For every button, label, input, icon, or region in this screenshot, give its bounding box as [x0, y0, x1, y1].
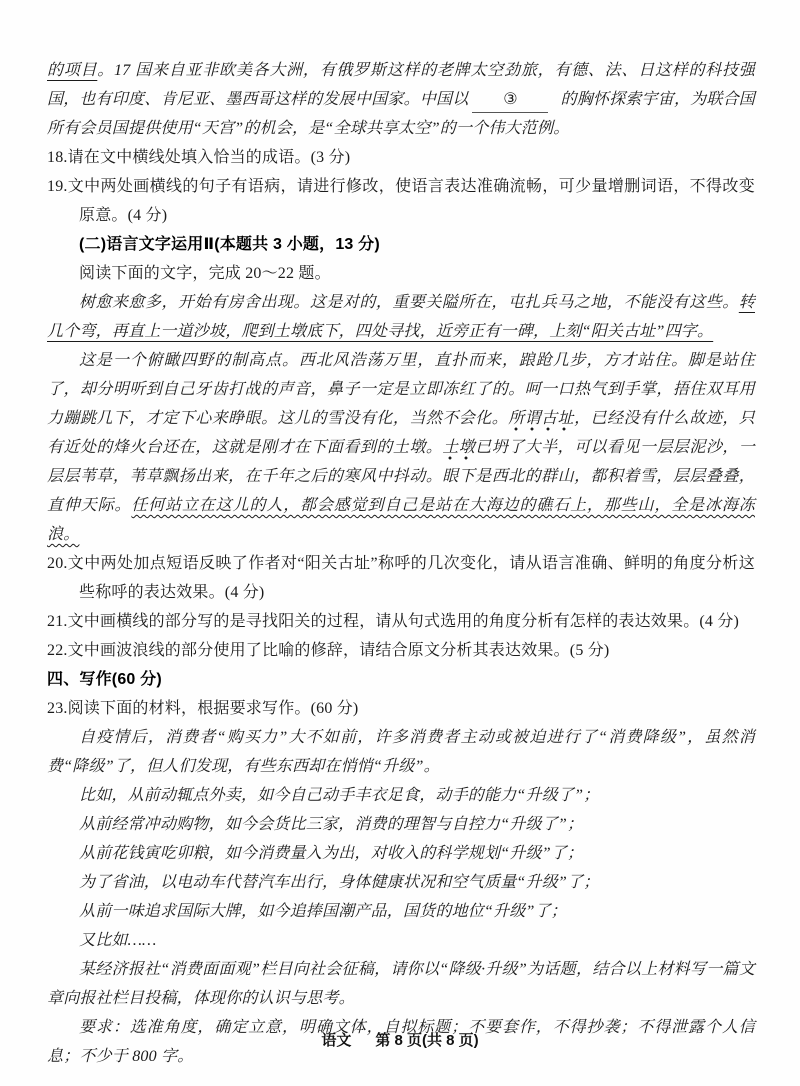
question-paragraph: 20.文中两处加点短语反映了作者对“阳关古址”称呼的几次变化，请从语言准确、鲜明…	[47, 549, 755, 607]
underlined-text: 的项目	[47, 62, 97, 79]
material-paragraph: 从前经常冲动购物，如今会货比三家，消费的理智与自控力“升级了”；	[47, 810, 755, 839]
material-paragraph: 自疫情后，消费者“购买力”大不如前，许多消费者主动或被迫进行了“消费降级”，虽然…	[47, 723, 755, 781]
material-paragraph: 从前一味追求国际大牌，如今追捧国潮产品，国货的地位“升级”了；	[47, 897, 755, 926]
text-segment: 为了省油，以电动车代替汽车出行，身体健康状况和空气质量“升级”了；	[79, 874, 599, 891]
text-segment: 又比如……	[79, 932, 156, 949]
text-segment: 某经济报社“消费面面观”栏目向社会征稿，请你以“降级·升级”为话题，结合以上材料…	[47, 961, 755, 1007]
text-segment: 四、写作(60 分)	[47, 671, 162, 688]
question-paragraph: 21.文中画横线的部分写的是寻找阳关的过程，请从句式选用的角度分析有怎样的表达效…	[47, 607, 755, 636]
text-segment: 自疫情后，消费者“购买力”大不如前，许多消费者主动或被迫进行了“消费降级”，虽然…	[47, 729, 755, 775]
passage-paragraph: 树愈来愈多，开始有房舍出现。这是对的，重要关隘所在，屯扎兵马之地，不能没有这些。…	[47, 288, 755, 346]
part-heading-paragraph: 四、写作(60 分)	[47, 665, 755, 694]
text-segment: 18.请在文中横线处填入恰当的成语。(3 分)	[47, 149, 350, 166]
question-paragraph: 22.文中画波浪线的部分使用了比喻的修辞，请结合原文分析其表达效果。(5 分)	[47, 636, 755, 665]
text-segment: 从前花钱寅吃卯粮，如今消费量入为出，对收入的科学规划“升级”了；	[79, 845, 583, 862]
material-paragraph: 为了省油，以电动车代替汽车出行，身体健康状况和空气质量“升级”了；	[47, 868, 755, 897]
document-body: 的项目。17 国来自亚非欧美各大洲，有俄罗斯这样的老牌太空劲旅，有德、法、日这样…	[47, 56, 755, 1071]
dot-emphasized-text: 所谓古址	[508, 410, 574, 431]
wavy-underlined-text: 任何站立在这儿的人，都会感觉到自己是站在大海边的礁石上，那些山，全是冰海冻浪。	[47, 497, 755, 543]
material-paragraph: 又比如……	[47, 926, 755, 955]
text-segment: 从前一味追求国际大牌，如今追捧国潮产品，国货的地位“升级”了；	[79, 903, 567, 920]
text-segment: 21.文中画横线的部分写的是寻找阳关的过程，请从句式选用的角度分析有怎样的表达效…	[47, 613, 739, 630]
text-segment: 阅读下面的文字，完成 20～22 题。	[79, 265, 331, 282]
question-paragraph: 23.阅读下面的材料，根据要求写作。(60 分)	[47, 694, 755, 723]
text-segment: (二)语言文字运用Ⅱ(本题共 3 小题，13 分)	[79, 236, 380, 253]
text-segment: 23.阅读下面的材料，根据要求写作。(60 分)	[47, 700, 358, 717]
text-segment: 19.文中两处画横线的句子有语病，请进行修改，使语言表达准确流畅，可少量增删词语…	[47, 178, 755, 224]
exam-paper-page: 的项目。17 国来自亚非欧美各大洲，有俄罗斯这样的老牌太空劲旅，有德、法、日这样…	[0, 0, 800, 1086]
dot-emphasized-text: 土墩	[442, 439, 475, 460]
text-segment: 20.文中两处加点短语反映了作者对“阳关古址”称呼的几次变化，请从语言准确、鲜明…	[47, 555, 755, 601]
footer-subject-label: 语文	[321, 1032, 351, 1049]
continuation-paragraph: 的项目。17 国来自亚非欧美各大洲，有俄罗斯这样的老牌太空劲旅，有德、法、日这样…	[47, 56, 755, 143]
text-segment: 22.文中画波浪线的部分使用了比喻的修辞，请结合原文分析其表达效果。(5 分)	[47, 642, 609, 659]
text-segment: 从前经常冲动购物，如今会货比三家，消费的理智与自控力“升级了”；	[79, 816, 583, 833]
fill-in-blank: ③	[472, 88, 548, 113]
material-paragraph: 比如，从前动辄点外卖，如今自己动手丰衣足食，动手的能力“升级了”；	[47, 781, 755, 810]
question-paragraph: 19.文中两处画横线的句子有语病，请进行修改，使语言表达准确流畅，可少量增删词语…	[47, 172, 755, 230]
footer-page-number: 第 8 页(共 8 页)	[375, 1032, 478, 1049]
question-paragraph: 18.请在文中横线处填入恰当的成语。(3 分)	[47, 143, 755, 172]
text-segment: 树愈来愈多，开始有房舍出现。这是对的，重要关隘所在，屯扎兵马之地，不能没有这些。	[79, 294, 739, 311]
page-footer: 语文第 8 页(共 8 页)	[0, 1029, 800, 1050]
material-paragraph: 某经济报社“消费面面观”栏目向社会征稿，请你以“降级·升级”为话题，结合以上材料…	[47, 955, 755, 1013]
section-heading-paragraph: (二)语言文字运用Ⅱ(本题共 3 小题，13 分)	[47, 230, 755, 259]
text-segment: 比如，从前动辄点外卖，如今自己动手丰衣足食，动手的能力“升级了”；	[79, 787, 599, 804]
passage-paragraph: 这是一个俯瞰四野的制高点。西北风浩荡万里，直扑而来，踉跄几步，方才站住。脚是站住…	[47, 346, 755, 549]
material-paragraph: 从前花钱寅吃卯粮，如今消费量入为出，对收入的科学规划“升级”了；	[47, 839, 755, 868]
instruction-paragraph: 阅读下面的文字，完成 20～22 题。	[47, 259, 755, 288]
